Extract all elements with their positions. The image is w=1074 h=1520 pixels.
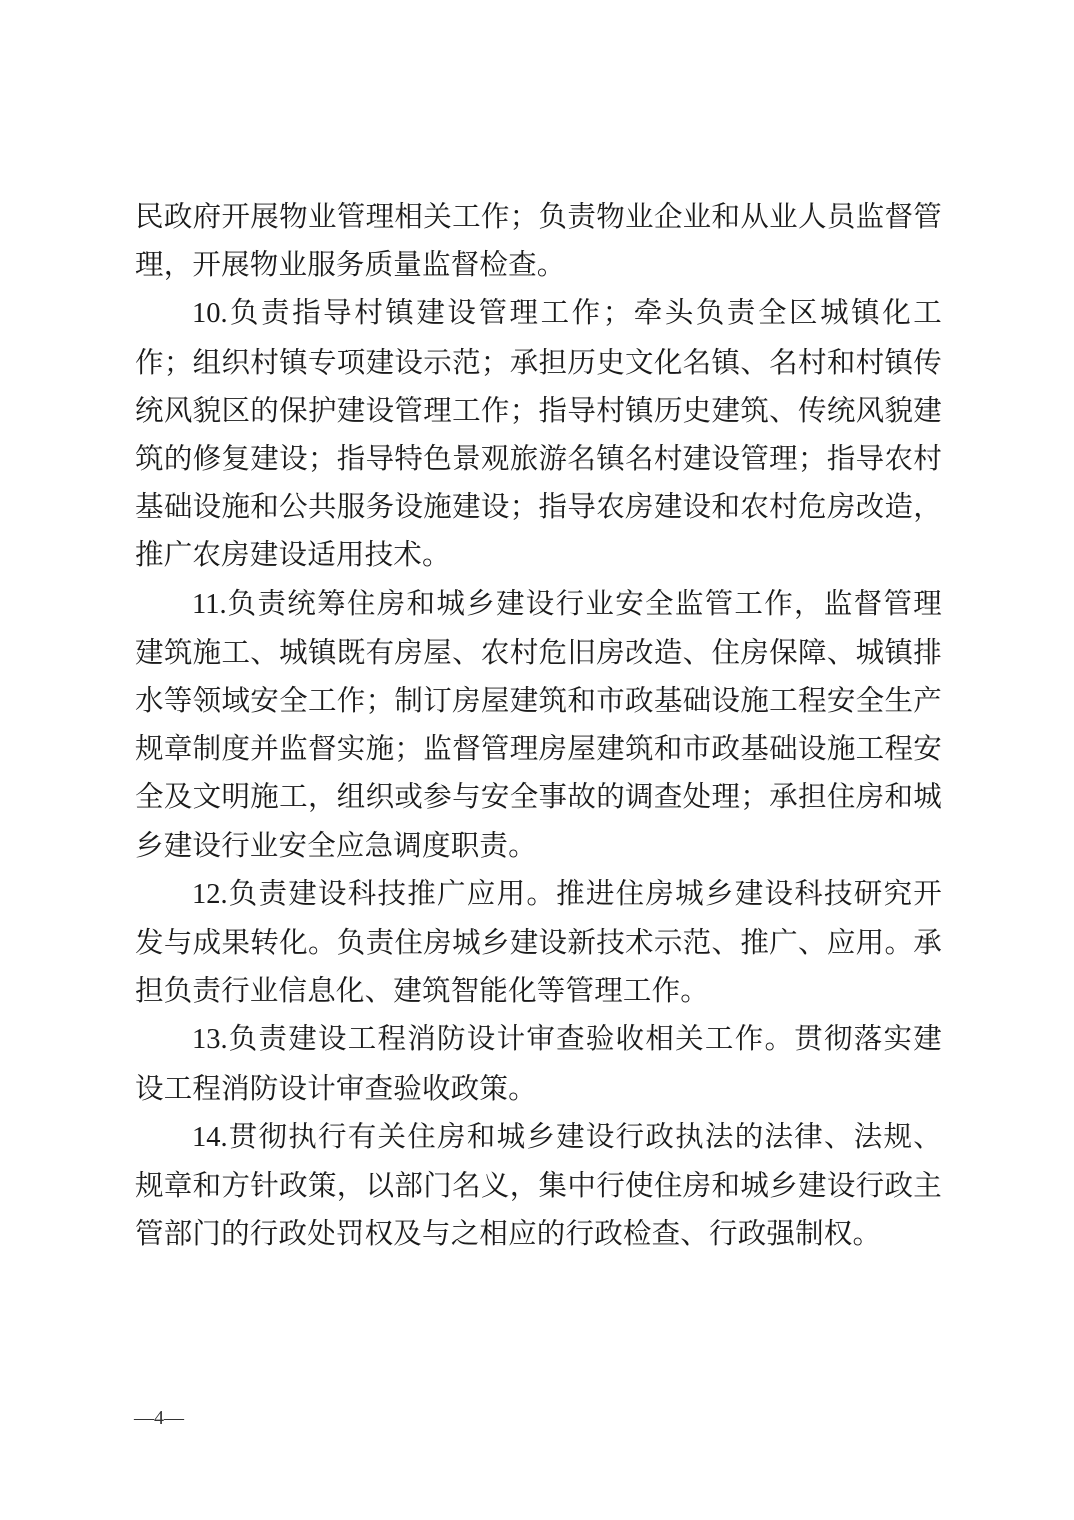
paragraph-text: 贯彻执行有关住房和城乡建设行政执法的法律、法规、规章和方针政策，以部门名义，集中…: [135, 1120, 942, 1250]
page-number: —4—: [134, 1407, 184, 1430]
paragraph-item-11: 11.负责统筹住房和城乡建设行业安全监管工作，监督管理建筑施工、城镇既有房屋、农…: [135, 580, 942, 870]
document-page: 民政府开展物业管理相关工作；负责物业企业和从业人员监督管理，开展物业服务质量监督…: [135, 193, 942, 1258]
paragraph-item-10: 10.负责指导村镇建设管理工作；牵头负责全区城镇化工作；组织村镇专项建设示范；承…: [135, 289, 942, 579]
paragraph-item-14: 14.贯彻执行有关住房和城乡建设行政执法的法律、法规、规章和方针政策，以部门名义…: [135, 1113, 942, 1259]
item-number: 14.: [192, 1122, 228, 1153]
paragraph-text: 负责建设科技推广应用。推进住房城乡建设科技研究开发与成果转化。负责住房城乡建设新…: [135, 877, 942, 1007]
paragraph-continuation: 民政府开展物业管理相关工作；负责物业企业和从业人员监督管理，开展物业服务质量监督…: [135, 193, 942, 289]
item-number: 11.: [192, 589, 227, 620]
item-number: 12.: [192, 879, 228, 910]
paragraph-item-12: 12.负责建设科技推广应用。推进住房城乡建设科技研究开发与成果转化。负责住房城乡…: [135, 870, 942, 1016]
paragraph-text: 民政府开展物业管理相关工作；负责物业企业和从业人员监督管理，开展物业服务质量监督…: [135, 200, 942, 281]
item-number: 13.: [192, 1024, 228, 1055]
paragraph-item-13: 13.负责建设工程消防设计审查验收相关工作。贯彻落实建设工程消防设计审查验收政策…: [135, 1015, 942, 1112]
paragraph-text: 负责建设工程消防设计审查验收相关工作。贯彻落实建设工程消防设计审查验收政策。: [135, 1022, 942, 1104]
paragraph-text: 负责统筹住房和城乡建设行业安全监管工作，监督管理建筑施工、城镇既有房屋、农村危旧…: [135, 587, 942, 862]
paragraph-text: 负责指导村镇建设管理工作；牵头负责全区城镇化工作；组织村镇专项建设示范；承担历史…: [135, 296, 942, 571]
item-number: 10.: [192, 298, 228, 329]
